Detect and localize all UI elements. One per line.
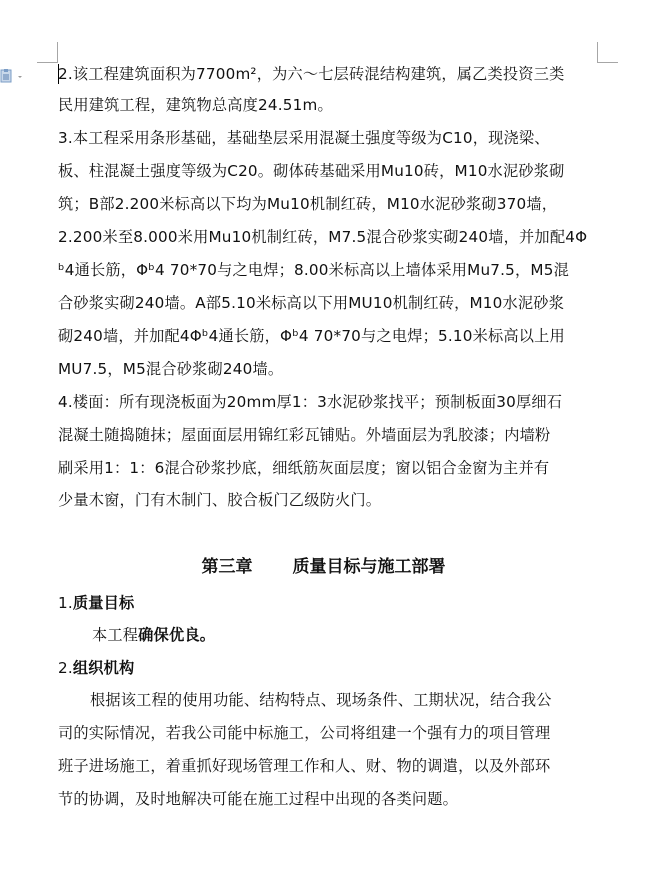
crop-mark-top-right [597, 42, 618, 63]
chapter-number: 第三章 [202, 557, 253, 577]
chapter-title: 质量目标与施工部署 [293, 557, 446, 577]
paragraph-4-line-2: 混凝土随捣随抹；屋面面层用锦红彩瓦铺贴。外墙面层为乳胶漆；内墙粉 [58, 425, 550, 445]
paragraph-2-line-1: 2.该工程建筑面积为7700m²，为六～七层砖混结构建筑，属乙类投资三类 [58, 64, 564, 84]
section-2-number: 2. [58, 659, 73, 677]
crop-mark-top-left [37, 42, 58, 63]
section-2-heading: 2.组织机构 [58, 658, 134, 678]
clipboard-paste-icon[interactable] [0, 68, 26, 84]
section-1-body-prefix: 本工程 [92, 626, 138, 644]
section-2-body-line-3: 班子进场施工，着重抓好现场管理工作和人、财、物的调遣，以及外部环 [58, 756, 550, 776]
section-1-body: 本工程确保优良。 [92, 625, 215, 645]
paragraph-3-line-3: 筑；B部2.200米标高以下均为Mu10机制红砖，M10水泥砂浆砌370墙， [58, 194, 557, 214]
paragraph-3-line-1: 3.本工程采用条形基础，基础垫层采用混凝土强度等级为C10，现浇梁、 [58, 128, 550, 148]
section-2-title: 组织机构 [73, 659, 135, 677]
paragraph-3-line-2: 板、柱混凝土强度等级为C20。砌体砖基础采用Mu10砖，M10水泥砂浆砌 [58, 161, 565, 181]
paragraph-3-line-5: ᵇ4通长筋，Φᵇ4 70*70与之电焊；8.00米标高以上墙体采用Mu7.5，M… [58, 260, 569, 280]
section-2-body-line-1: 根据该工程的使用功能、结构特点、现场条件、工期状况，结合我公 [90, 690, 552, 710]
paragraph-3-line-7: 砌240墙，并加配4Φᵇ4通长筋，Φᵇ4 70*70与之电焊；5.10米标高以上… [58, 326, 565, 346]
section-1-heading: 1.质量目标 [58, 593, 134, 613]
paragraph-2-line-2: 民用建筑工程，建筑物总高度24.51m。 [58, 95, 333, 115]
section-1-title: 质量目标 [73, 594, 135, 612]
paragraph-3-line-8: MU7.5，M5混合砂浆砌240墙。 [58, 359, 283, 379]
paragraph-3-line-6: 合砂浆实砌240墙。A部5.10米标高以下用MU10机制红砖，M10水泥砂浆 [58, 293, 564, 313]
paragraph-4-line-3: 刷采用1：1：6混合砂浆抄底，细纸筋灰面层度；窗以铝合金窗为主并有 [58, 458, 549, 478]
section-2-body-line-4: 节的协调，及时地解决可能在施工过程中出现的各类问题。 [58, 789, 458, 809]
section-1-number: 1. [58, 594, 73, 612]
section-2-body-line-2: 司的实际情况，若我公司能中标施工，公司将组建一个强有力的项目管理 [58, 723, 550, 743]
chapter-heading: 第三章质量目标与施工部署 [0, 556, 647, 578]
document-page[interactable]: 2.该工程建筑面积为7700m²，为六～七层砖混结构建筑，属乙类投资三类 民用建… [0, 0, 647, 892]
paragraph-3-line-4: 2.200米至8.000米用Mu10机制红砖，M7.5混合砂浆实砌240墙，并加… [58, 227, 587, 247]
section-1-body-bold: 确保优良。 [138, 626, 215, 644]
paragraph-4-line-4: 少量木窗，门有木制门、胶合板门乙级防火门。 [58, 490, 381, 510]
paragraph-4-line-1: 4.楼面：所有现浇板面为20mm厚1：3水泥砂浆找平；预制板面30厚细石 [58, 392, 562, 412]
